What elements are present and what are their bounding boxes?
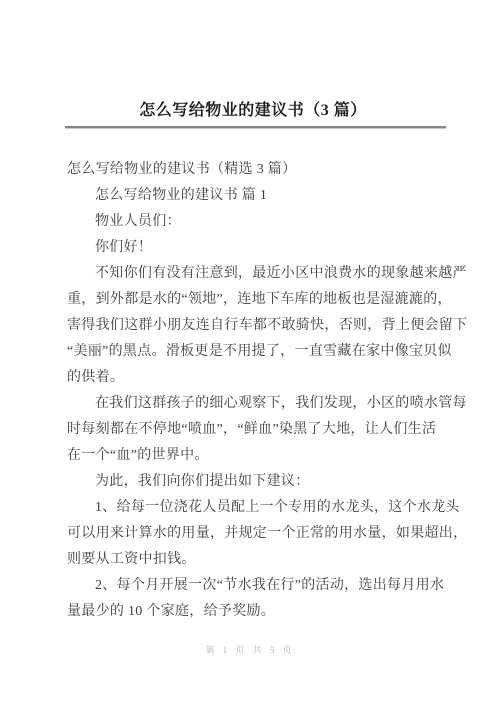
- text-line: 2、每个月开展一次“节水我在行”的活动，选出每月用水: [67, 573, 448, 599]
- text-line: 则要从工资中扣钱。: [67, 547, 448, 573]
- text-line: 害得我们这群小朋友连自行车都不敢骑快，否则，背上便会留下: [67, 313, 448, 339]
- page-number-footer: 第 1 页 共 5 页: [0, 644, 500, 656]
- document-title: 怎么写给物业的建议书（3 篇）: [60, 101, 446, 121]
- text-line: 重，到外都是水的“领地”，连地下车库的地板也是湿漉漉的，: [67, 287, 448, 313]
- text-line: 怎么写给物业的建议书（精选 3 篇）: [67, 157, 448, 183]
- text-line: 物业人员们：: [67, 209, 448, 235]
- text-line: “美丽”的黑点。滑板更是不用提了，一直雪藏在家中像宝贝似: [67, 339, 448, 365]
- title-divider: [65, 126, 446, 129]
- text-line: 量最少的 10 个家庭，给予奖励。: [67, 599, 448, 625]
- text-line: 1、给每一位浇花人员配上一个专用的水龙头，这个水龙头: [67, 495, 448, 521]
- document-page: 怎么写给物业的建议书（3 篇） 怎么写给物业的建议书（精选 3 篇） 怎么写给物…: [0, 0, 500, 707]
- text-line: 不知你们有没有注意到，最近小区中浪费水的现象越来越严: [67, 261, 448, 287]
- text-line: 在我们这群孩子的细心观察下，我们发现，小区的喷水管每: [67, 391, 448, 417]
- text-line: 时每刻都在不停地“喷血”，“鲜血”染黑了大地，让人们生活: [67, 417, 448, 443]
- text-line: 在一个“血”的世界中。: [67, 443, 448, 469]
- text-line: 的供着。: [67, 365, 448, 391]
- text-line: 你们好！: [67, 235, 448, 261]
- text-line: 怎么写给物业的建议书 篇 1: [67, 183, 448, 209]
- document-body: 怎么写给物业的建议书（精选 3 篇） 怎么写给物业的建议书 篇 1 物业人员们：…: [67, 157, 448, 625]
- text-line: 可以用来计算水的用量，并规定一个正常的用水量，如果超出，: [67, 521, 448, 547]
- text-line: 为此，我们向你们提出如下建议：: [67, 469, 448, 495]
